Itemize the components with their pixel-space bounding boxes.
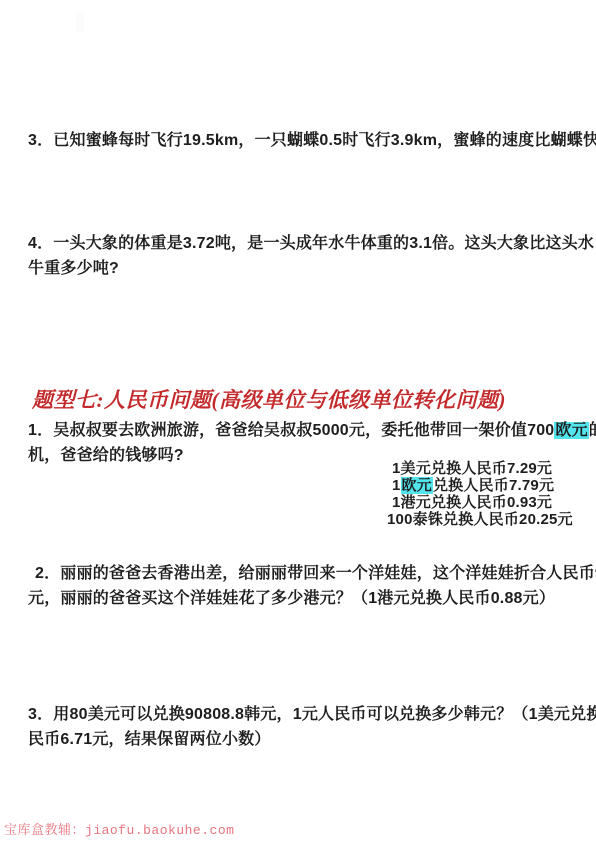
problem-camera-line1-pre: 1．吴叔叔要去欧洲旅游，爸爸给吴叔叔5000元，委托他带回一架价值700 bbox=[28, 422, 554, 439]
problem-elephant-line2: 牛重多少吨? bbox=[28, 259, 119, 279]
rate-eur: 1欧元兑换人民币7.79元 bbox=[392, 477, 554, 494]
problem-won-line1: 3．用80美元可以兑换90808.8韩元，1元人民币可以兑换多少韩元？（1美元兑… bbox=[28, 705, 596, 725]
problem-elephant-line1: 4．一头大象的体重是3.72吨，是一头成年水牛体重的3.1倍。这头大象比这头水 bbox=[28, 234, 594, 254]
problem-doll-line1: 2．丽丽的爸爸去香港出差，给丽丽带回来一个洋娃娃，这个洋娃娃折合人民币96.8 bbox=[35, 564, 596, 584]
problem-camera-line1-post: 的摄像 bbox=[589, 422, 596, 439]
rate-thb: 100泰铢兑换人民币20.25元 bbox=[387, 511, 573, 528]
problem-camera-line2: 机，爸爸给的钱够吗? bbox=[28, 446, 184, 466]
rate-usd: 1美元兑换人民币7.29元 bbox=[392, 460, 552, 477]
euro-highlight-1: 欧元 bbox=[554, 422, 588, 439]
problem-camera-line1: 1．吴叔叔要去欧洲旅游，爸爸给吴叔叔5000元，委托他带回一架价值700欧元的摄… bbox=[28, 421, 596, 441]
footer-watermark: 宝库盒教辅：jiaofu.baokuhe.com bbox=[4, 819, 234, 838]
section-seven-heading: 题型七:人民币问题(高级单位与低级单位转化问题) bbox=[32, 384, 506, 414]
rate-eur-pre: 1 bbox=[392, 477, 401, 494]
footer-brand-label: 宝库盒教辅： bbox=[4, 822, 85, 837]
euro-highlight-2: 欧元 bbox=[401, 477, 433, 494]
problem-doll-line2: 元，丽丽的爸爸买这个洋娃娃花了多少港元？（1港元兑换人民币0.88元） bbox=[28, 589, 555, 609]
rate-hkd: 1港元兑换人民币0.93元 bbox=[392, 494, 552, 511]
worksheet-page: 3．已知蜜蜂每时飞行19.5km，一只蝴蝶0.5时飞行3.9km，蜜蜂的速度比蝴… bbox=[0, 0, 596, 842]
problem-bee-line1: 3．已知蜜蜂每时飞行19.5km，一只蝴蝶0.5时飞行3.9km，蜜蜂的速度比蝴… bbox=[28, 131, 596, 151]
rate-eur-post: 兑换人民币7.79元 bbox=[433, 477, 554, 494]
scan-artifact bbox=[76, 13, 84, 33]
footer-url: jiaofu.baokuhe.com bbox=[85, 823, 234, 838]
problem-won-line2: 民币6.71元，结果保留两位小数） bbox=[28, 730, 271, 750]
